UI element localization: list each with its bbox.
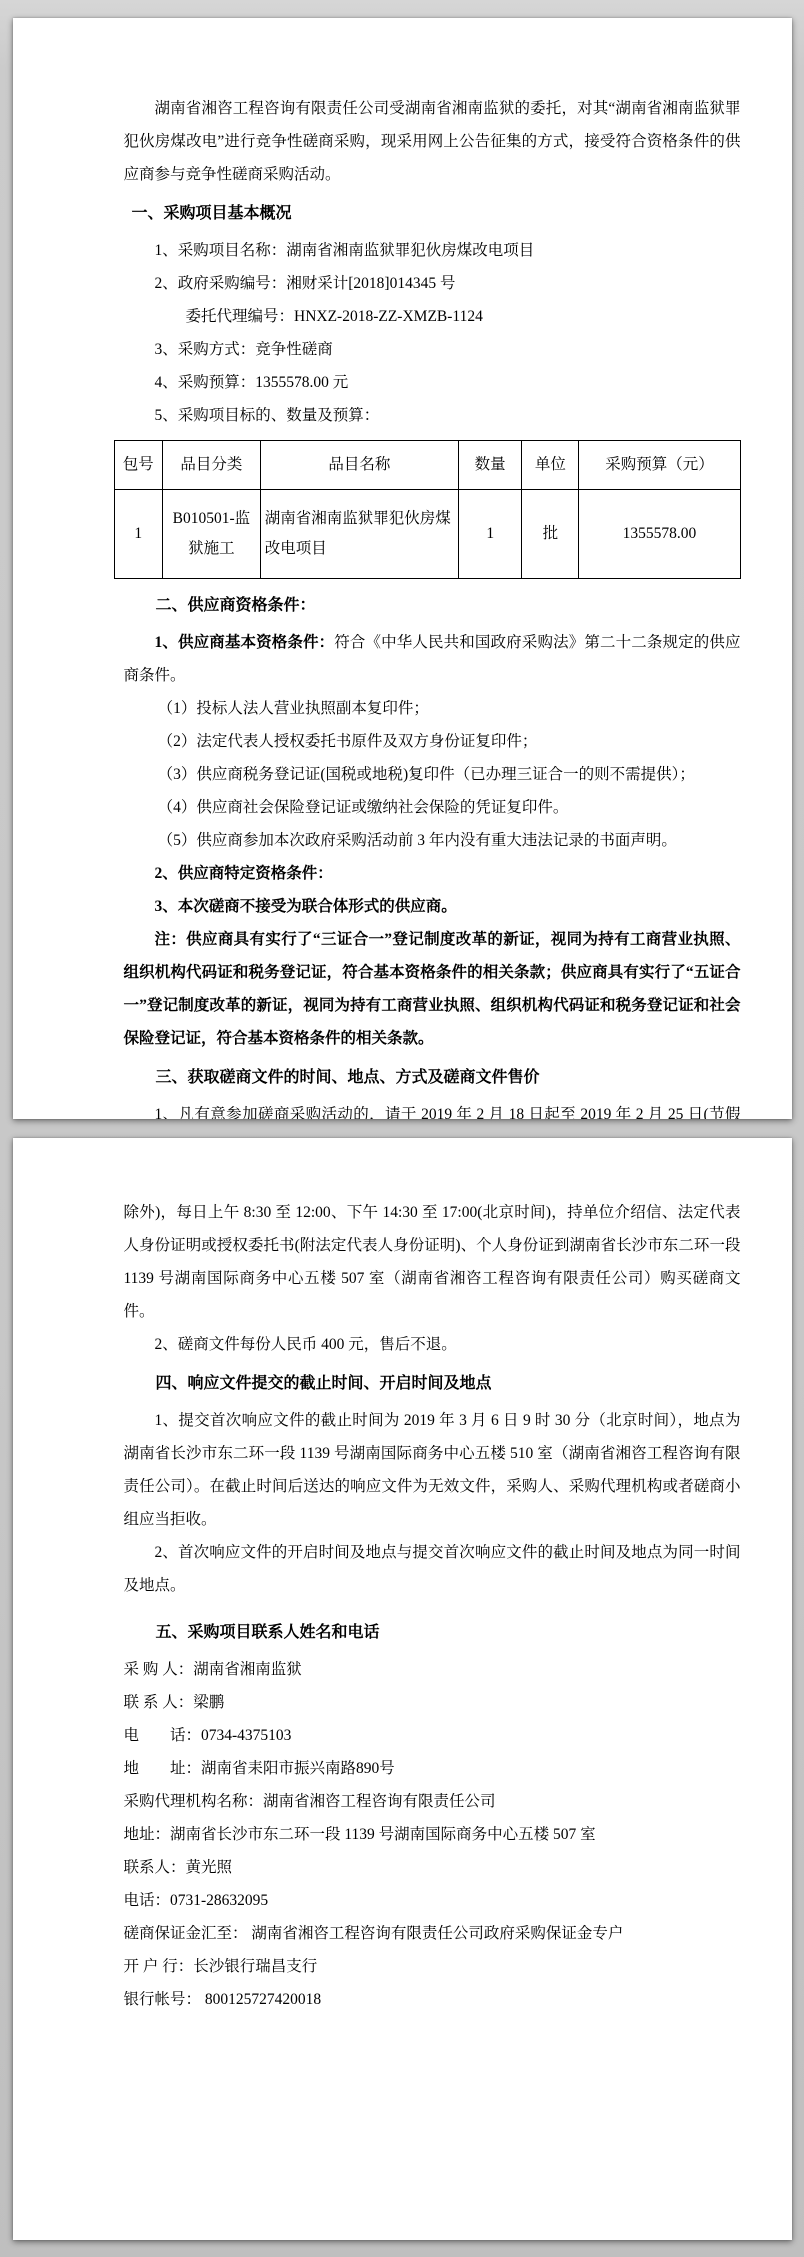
gov-procurement-no-line: 2、政府采购编号：湘财采计[2018]014345 号 <box>124 267 741 300</box>
document-obtain-continuation: 除外)，每日上午 8:30 至 12:00、下午 14:30 至 17:00(北… <box>124 1196 741 1328</box>
procurement-method-line: 3、采购方式：竞争性磋商 <box>124 333 741 366</box>
submission-deadline-paragraph: 1、提交首次响应文件的截止时间为 2019 年 3 月 6 日 9 时 30 分… <box>124 1404 741 1536</box>
section2-heading: 二、供应商资格条件： <box>124 589 741 622</box>
header-quantity: 数量 <box>459 441 522 490</box>
contact-info-block: 采 购 人：湖南省湘南监狱 联 系 人：梁鹏 电 话：0734-4375103 … <box>124 1653 741 2016</box>
contact-line-bank-account: 银行帐号： 800125727420018 <box>124 1983 741 2016</box>
note-paragraph: 注：供应商具有实行了“三证合一”登记制度改革的新证，视同为持有工商营业执照、组织… <box>124 923 741 1055</box>
header-unit: 单位 <box>522 441 579 490</box>
contact-line-purchaser: 采 购 人：湖南省湘南监狱 <box>124 1653 741 1686</box>
basic-qualification-label: 1、供应商基本资格条件： <box>155 634 335 651</box>
contact-line-agency-person: 联系人：黄光照 <box>124 1851 741 1884</box>
qualification-subitem-5: （5）供应商参加本次政府采购活动前 3 年内没有重大违法记录的书面声明。 <box>124 824 741 857</box>
qualification-subitem-3: （3）供应商税务登记证(国税或地税)复印件（已办理三证合一的则不需提供）； <box>124 758 741 791</box>
section5-heading: 五、采购项目联系人姓名和电话 <box>124 1616 741 1649</box>
section3-heading: 三、获取磋商文件的时间、地点、方式及磋商文件售价 <box>124 1061 741 1094</box>
contact-line-deposit-payee: 磋商保证金汇至： 湖南省湘咨工程咨询有限责任公司政府采购保证金专户 <box>124 1917 741 1950</box>
specific-qualification-line: 2、供应商特定资格条件： <box>124 857 741 890</box>
section1-heading: 一、采购项目基本概况 <box>124 197 741 230</box>
cell-category: B010501-监狱施工 <box>163 490 261 579</box>
contact-line-agency-address: 地址：湖南省长沙市东二环一段 1139 号湖南国际商务中心五楼 507 室 <box>124 1818 741 1851</box>
header-item-name: 品目名称 <box>260 441 458 490</box>
cell-quantity: 1 <box>459 490 522 579</box>
contact-line-agency-phone: 电话：0731-28632095 <box>124 1884 741 1917</box>
budget-line: 4、采购预算：1355578.00 元 <box>124 366 741 399</box>
section4-heading: 四、响应文件提交的截止时间、开启时间及地点 <box>124 1367 741 1400</box>
document-page-1: 湖南省湘咨工程咨询有限责任公司受湖南省湘南监狱的委托，对其“湖南省湘南监狱罪犯伙… <box>13 18 792 1119</box>
contact-line-bank-name: 开 户 行：长沙银行瑞昌支行 <box>124 1950 741 1983</box>
cell-unit: 批 <box>522 490 579 579</box>
contact-line-contact-person: 联 系 人：梁鹏 <box>124 1686 741 1719</box>
table-row: 1 B010501-监狱施工 湖南省湘南监狱罪犯伙房煤改电项目 1 批 1355… <box>114 490 740 579</box>
document-viewer-background: { "colors": { "background": "#c9c9c9", "… <box>0 0 804 2257</box>
qualification-subitem-1: （1）投标人法人营业执照副本复印件； <box>124 692 741 725</box>
table-header-row: 包号 品目分类 品目名称 数量 单位 采购预算（元） <box>114 441 740 490</box>
header-category: 品目分类 <box>163 441 261 490</box>
header-package-no: 包号 <box>114 441 163 490</box>
no-consortium-line: 3、本次磋商不接受为联合体形式的供应商。 <box>124 890 741 923</box>
procurement-items-table: 包号 品目分类 品目名称 数量 单位 采购预算（元） 1 B010501-监狱施… <box>114 440 741 579</box>
qualification-subitem-2: （2）法定代表人授权委托书原件及双方身份证复印件； <box>124 725 741 758</box>
document-obtain-line: 1、凡有意参加磋商采购活动的，请于 2019 年 2 月 18 日起至 2019… <box>124 1098 741 1119</box>
basic-qualification-paragraph: 1、供应商基本资格条件：符合《中华人民共和国政府采购法》第二十二条规定的供应商条… <box>124 626 741 692</box>
subject-quantity-line: 5、采购项目标的、数量及预算： <box>124 399 741 432</box>
cell-budget: 1355578.00 <box>579 490 740 579</box>
contact-line-phone: 电 话：0734-4375103 <box>124 1719 741 1752</box>
cell-item-name: 湖南省湘南监狱罪犯伙房煤改电项目 <box>260 490 458 579</box>
header-budget: 采购预算（元） <box>579 441 740 490</box>
intro-paragraph: 湖南省湘咨工程咨询有限责任公司受湖南省湘南监狱的委托，对其“湖南省湘南监狱罪犯伙… <box>124 92 741 191</box>
cell-package-no: 1 <box>114 490 163 579</box>
agency-no-line: 委托代理编号：HNXZ-2018-ZZ-XMZB-1124 <box>124 300 741 333</box>
opening-time-paragraph: 2、首次响应文件的开启时间及地点与提交首次响应文件的截止时间及地点为同一时间及地… <box>124 1536 741 1602</box>
document-price-line: 2、磋商文件每份人民币 400 元，售后不退。 <box>124 1328 741 1361</box>
contact-line-agency-name: 采购代理机构名称：湖南省湘咨工程咨询有限责任公司 <box>124 1785 741 1818</box>
project-name-line: 1、采购项目名称：湖南省湘南监狱罪犯伙房煤改电项目 <box>124 234 741 267</box>
contact-line-address: 地 址：湖南省耒阳市振兴南路890号 <box>124 1752 741 1785</box>
document-page-2: 除外)，每日上午 8:30 至 12:00、下午 14:30 至 17:00(北… <box>13 1138 792 2240</box>
qualification-subitem-4: （4）供应商社会保险登记证或缴纳社会保险的凭证复印件。 <box>124 791 741 824</box>
